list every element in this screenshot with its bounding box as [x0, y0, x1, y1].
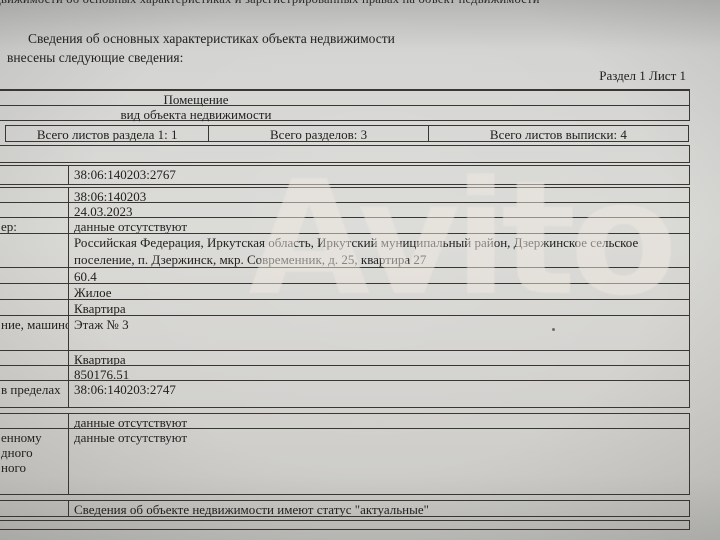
cell-value: 38:06:140203:2767: [69, 166, 689, 184]
object-type-caption-row: вид объекта недвижимости: [0, 105, 690, 121]
document-heading: Сведения об основных характеристиках объ…: [28, 31, 395, 47]
cell-value: Жилое: [69, 284, 689, 299]
cell-label: [0, 188, 69, 202]
cell-label: [0, 166, 69, 184]
table-row-cadastral-value: 850176.51: [0, 365, 690, 381]
table-row-floor: ние, машино- Этаж № 3: [0, 315, 690, 351]
label-fragment: дного: [1, 445, 33, 460]
table-row-quarter-number: 38:06:140203: [0, 187, 690, 203]
cell-value: данные отсутствуют: [69, 429, 689, 494]
cell-value: Российская Федерация, Иркутская область,…: [69, 234, 689, 267]
cell-value: 60.4: [69, 268, 689, 283]
paper-speck: [552, 328, 555, 331]
cell-value: Этаж № 3: [69, 316, 689, 350]
document-subheading: внесены следующие сведения:: [7, 50, 183, 66]
cell-value: [0, 521, 689, 529]
count-sections: Всего разделов: 3: [209, 126, 428, 141]
cell-value: 38:06:140203:2747: [69, 381, 689, 407]
cell-value: 24.03.2023: [69, 203, 689, 217]
label-fragment: енному: [1, 430, 42, 445]
table-row-address: Российская Федерация, Иркутская область,…: [0, 233, 690, 268]
cell-value: Сведения об объекте недвижимости имеют с…: [69, 501, 689, 516]
cell-label: ер:: [0, 218, 69, 233]
table-row-empty: [0, 145, 690, 163]
cell-label: [0, 366, 69, 380]
count-extract-sheets: Всего листов выписки: 4: [429, 126, 688, 141]
sheet-counts-row: Всего листов раздела 1: 1 Всего разделов…: [5, 125, 689, 142]
object-type-value: Помещение: [0, 91, 397, 105]
cell-value: данные отсутствуют: [69, 218, 689, 233]
cell-value: Квартира: [69, 300, 689, 315]
table-row-status: Сведения об объекте недвижимости имеют с…: [0, 500, 690, 517]
cutoff-title-line: недвижимости об основных характеристиках…: [0, 0, 540, 7]
table-row-name: Квартира: [0, 299, 690, 316]
table-row-permitted-use: данные отсутствуют: [0, 413, 690, 429]
object-type-caption: вид объекта недвижимости: [0, 106, 397, 120]
cell-label: [0, 351, 69, 365]
table-row-previous-number: ер: данные отсутствуют: [0, 217, 690, 234]
cell-value: данные отсутствуют: [69, 414, 689, 428]
cell-label: в пределах: [0, 381, 69, 407]
object-type-row: Помещение: [0, 89, 690, 106]
document-photo: недвижимости об основных характеристиках…: [0, 0, 720, 540]
table-row-date: 24.03.2023: [0, 202, 690, 218]
count-section-sheets: Всего листов раздела 1: 1: [6, 126, 209, 141]
egrn-table: Помещение вид объекта недвижимости Всего…: [0, 89, 690, 530]
cell-label: [0, 203, 69, 217]
cell-label: [0, 234, 69, 267]
cell-value: 38:06:140203: [69, 188, 689, 202]
cell-value: 850176.51: [69, 366, 689, 380]
table-row-dwelling-type: Квартира: [0, 350, 690, 366]
table-row-special-housing: енному дного ного данные отсутствуют: [0, 428, 690, 495]
cell-value: Квартира: [69, 351, 689, 365]
table-row-cutoff: [0, 520, 690, 530]
table-row-parent-object: в пределах 38:06:140203:2747: [0, 380, 690, 408]
table-row-purpose: Жилое: [0, 283, 690, 300]
cell-label: [0, 501, 69, 516]
cell-value: [0, 146, 689, 162]
cell-label: ние, машино-: [0, 316, 69, 350]
cell-label: [0, 268, 69, 283]
cell-label: [0, 414, 69, 428]
table-row-area: 60.4: [0, 267, 690, 284]
label-fragment: ного: [1, 460, 26, 475]
table-row-cadastral-number: 38:06:140203:2767: [0, 165, 690, 185]
cell-label: [0, 284, 69, 299]
cell-label: енному дного ного: [0, 429, 69, 494]
section-page-label: Раздел 1 Лист 1: [599, 68, 686, 84]
cell-label: [0, 300, 69, 315]
